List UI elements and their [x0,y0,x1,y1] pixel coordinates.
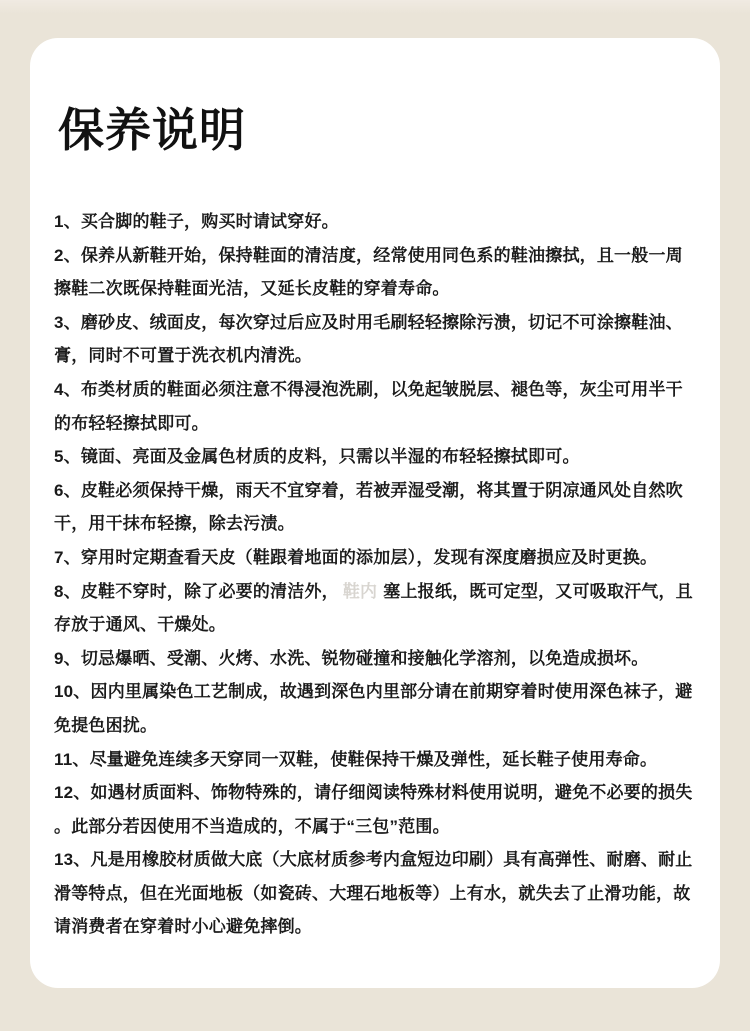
instruction-line: 11、尽量避免连续多天穿同一双鞋，使鞋保持干燥及弹性，延长鞋子使用寿命。 [54,743,696,777]
instruction-line: 。此部分若因使用不当造成的，不属于“三包”范围。 [54,810,696,844]
instruction-line: 12、如遇材质面料、饰物特殊的，请仔细阅读特殊材料使用说明，避免不必要的损失 [54,776,696,810]
instruction-line: 5、镜面、亮面及金属色材质的皮料，只需以半湿的布轻轻擦拭即可。 [54,440,696,474]
instruction-line: 2、保养从新鞋开始，保持鞋面的清洁度，经常使用同色系的鞋油擦拭，且一般一周 [54,239,696,273]
instruction-line: 的布轻轻擦拭即可。 [54,407,696,441]
instruction-item-11: 11、尽量避免连续多天穿同一双鞋，使鞋保持干燥及弹性，延长鞋子使用寿命。 [54,743,696,777]
care-instructions-card: 保养说明 1、买合脚的鞋子，购买时请试穿好。 2、保养从新鞋开始，保持鞋面的清洁… [30,38,720,988]
instruction-text: 塞上报纸，既可定型，又可吸取汗气，且 [383,582,693,601]
instruction-line: 请消费者在穿着时小心避免摔倒。 [54,910,696,944]
instruction-item-3: 3、磨砂皮、绒面皮，每次穿过后应及时用毛刷轻轻擦除污溃，切记不可涂擦鞋油、 膏，… [54,306,696,373]
instruction-item-9: 9、切忌爆晒、受潮、火烤、水洗、锐物碰撞和接触化学溶剂，以免造成损坏。 [54,642,696,676]
instruction-line: 10、因内里属染色工艺制成，故遇到深色内里部分请在前期穿着时使用深色袜子，避 [54,675,696,709]
instruction-line: 免提色困扰。 [54,709,696,743]
instruction-line: 9、切忌爆晒、受潮、火烤、水洗、锐物碰撞和接触化学溶剂，以免造成损坏。 [54,642,696,676]
page-top-shade [0,0,750,14]
instruction-item-4: 4、布类材质的鞋面必须注意不得浸泡洗刷，以免起皱脱层、褪色等，灰尘可用半干 的布… [54,373,696,440]
faded-erased-text: 鞋内 [339,582,383,601]
instruction-item-8: 8、皮鞋不穿时，除了必要的清洁外，鞋内塞上报纸，既可定型，又可吸取汗气，且 存放… [54,575,696,642]
instruction-item-12: 12、如遇材质面料、饰物特殊的，请仔细阅读特殊材料使用说明，避免不必要的损失 。… [54,776,696,843]
instruction-item-13: 13、凡是用橡胶材质做大底（大底材质参考内盒短边印刷）具有高弹性、耐磨、耐止 滑… [54,843,696,944]
instruction-item-1: 1、买合脚的鞋子，购买时请试穿好。 [54,205,696,239]
instruction-line: 存放于通风、干燥处。 [54,608,696,642]
instruction-line: 擦鞋二次既保持鞋面光洁，又延长皮鞋的穿着寿命。 [54,272,696,306]
instruction-line: 膏，同时不可置于洗衣机内清洗。 [54,339,696,373]
instruction-line: 3、磨砂皮、绒面皮，每次穿过后应及时用毛刷轻轻擦除污溃，切记不可涂擦鞋油、 [54,306,696,340]
page-title: 保养说明 [58,108,696,153]
instruction-list: 1、买合脚的鞋子，购买时请试穿好。 2、保养从新鞋开始，保持鞋面的清洁度，经常使… [54,205,696,944]
instruction-line: 7、穿用时定期查看天皮（鞋跟着地面的添加层），发现有深度磨损应及时更换。 [54,541,696,575]
instruction-item-5: 5、镜面、亮面及金属色材质的皮料，只需以半湿的布轻轻擦拭即可。 [54,440,696,474]
instruction-line: 1、买合脚的鞋子，购买时请试穿好。 [54,205,696,239]
instruction-line: 6、皮鞋必须保持干燥，雨天不宜穿着，若被弄湿受潮，将其置于阴凉通风处自然吹 [54,474,696,508]
instruction-line: 4、布类材质的鞋面必须注意不得浸泡洗刷，以免起皱脱层、褪色等，灰尘可用半干 [54,373,696,407]
instruction-line: 滑等特点，但在光面地板（如瓷砖、大理石地板等）上有水，就失去了止滑功能，故 [54,877,696,911]
instruction-item-7: 7、穿用时定期查看天皮（鞋跟着地面的添加层），发现有深度磨损应及时更换。 [54,541,696,575]
instruction-text: 8、皮鞋不穿时，除了必要的清洁外， [54,582,339,601]
page-background: { "title": "保养说明", "colors": { "page_bac… [0,0,750,1031]
instruction-item-2: 2、保养从新鞋开始，保持鞋面的清洁度，经常使用同色系的鞋油擦拭，且一般一周 擦鞋… [54,239,696,306]
instruction-item-10: 10、因内里属染色工艺制成，故遇到深色内里部分请在前期穿着时使用深色袜子，避 免… [54,675,696,742]
instruction-line: 8、皮鞋不穿时，除了必要的清洁外，鞋内塞上报纸，既可定型，又可吸取汗气，且 [54,575,696,609]
instruction-line: 干，用干抹布轻擦，除去污渍。 [54,507,696,541]
instruction-line: 13、凡是用橡胶材质做大底（大底材质参考内盒短边印刷）具有高弹性、耐磨、耐止 [54,843,696,877]
instruction-item-6: 6、皮鞋必须保持干燥，雨天不宜穿着，若被弄湿受潮，将其置于阴凉通风处自然吹 干，… [54,474,696,541]
